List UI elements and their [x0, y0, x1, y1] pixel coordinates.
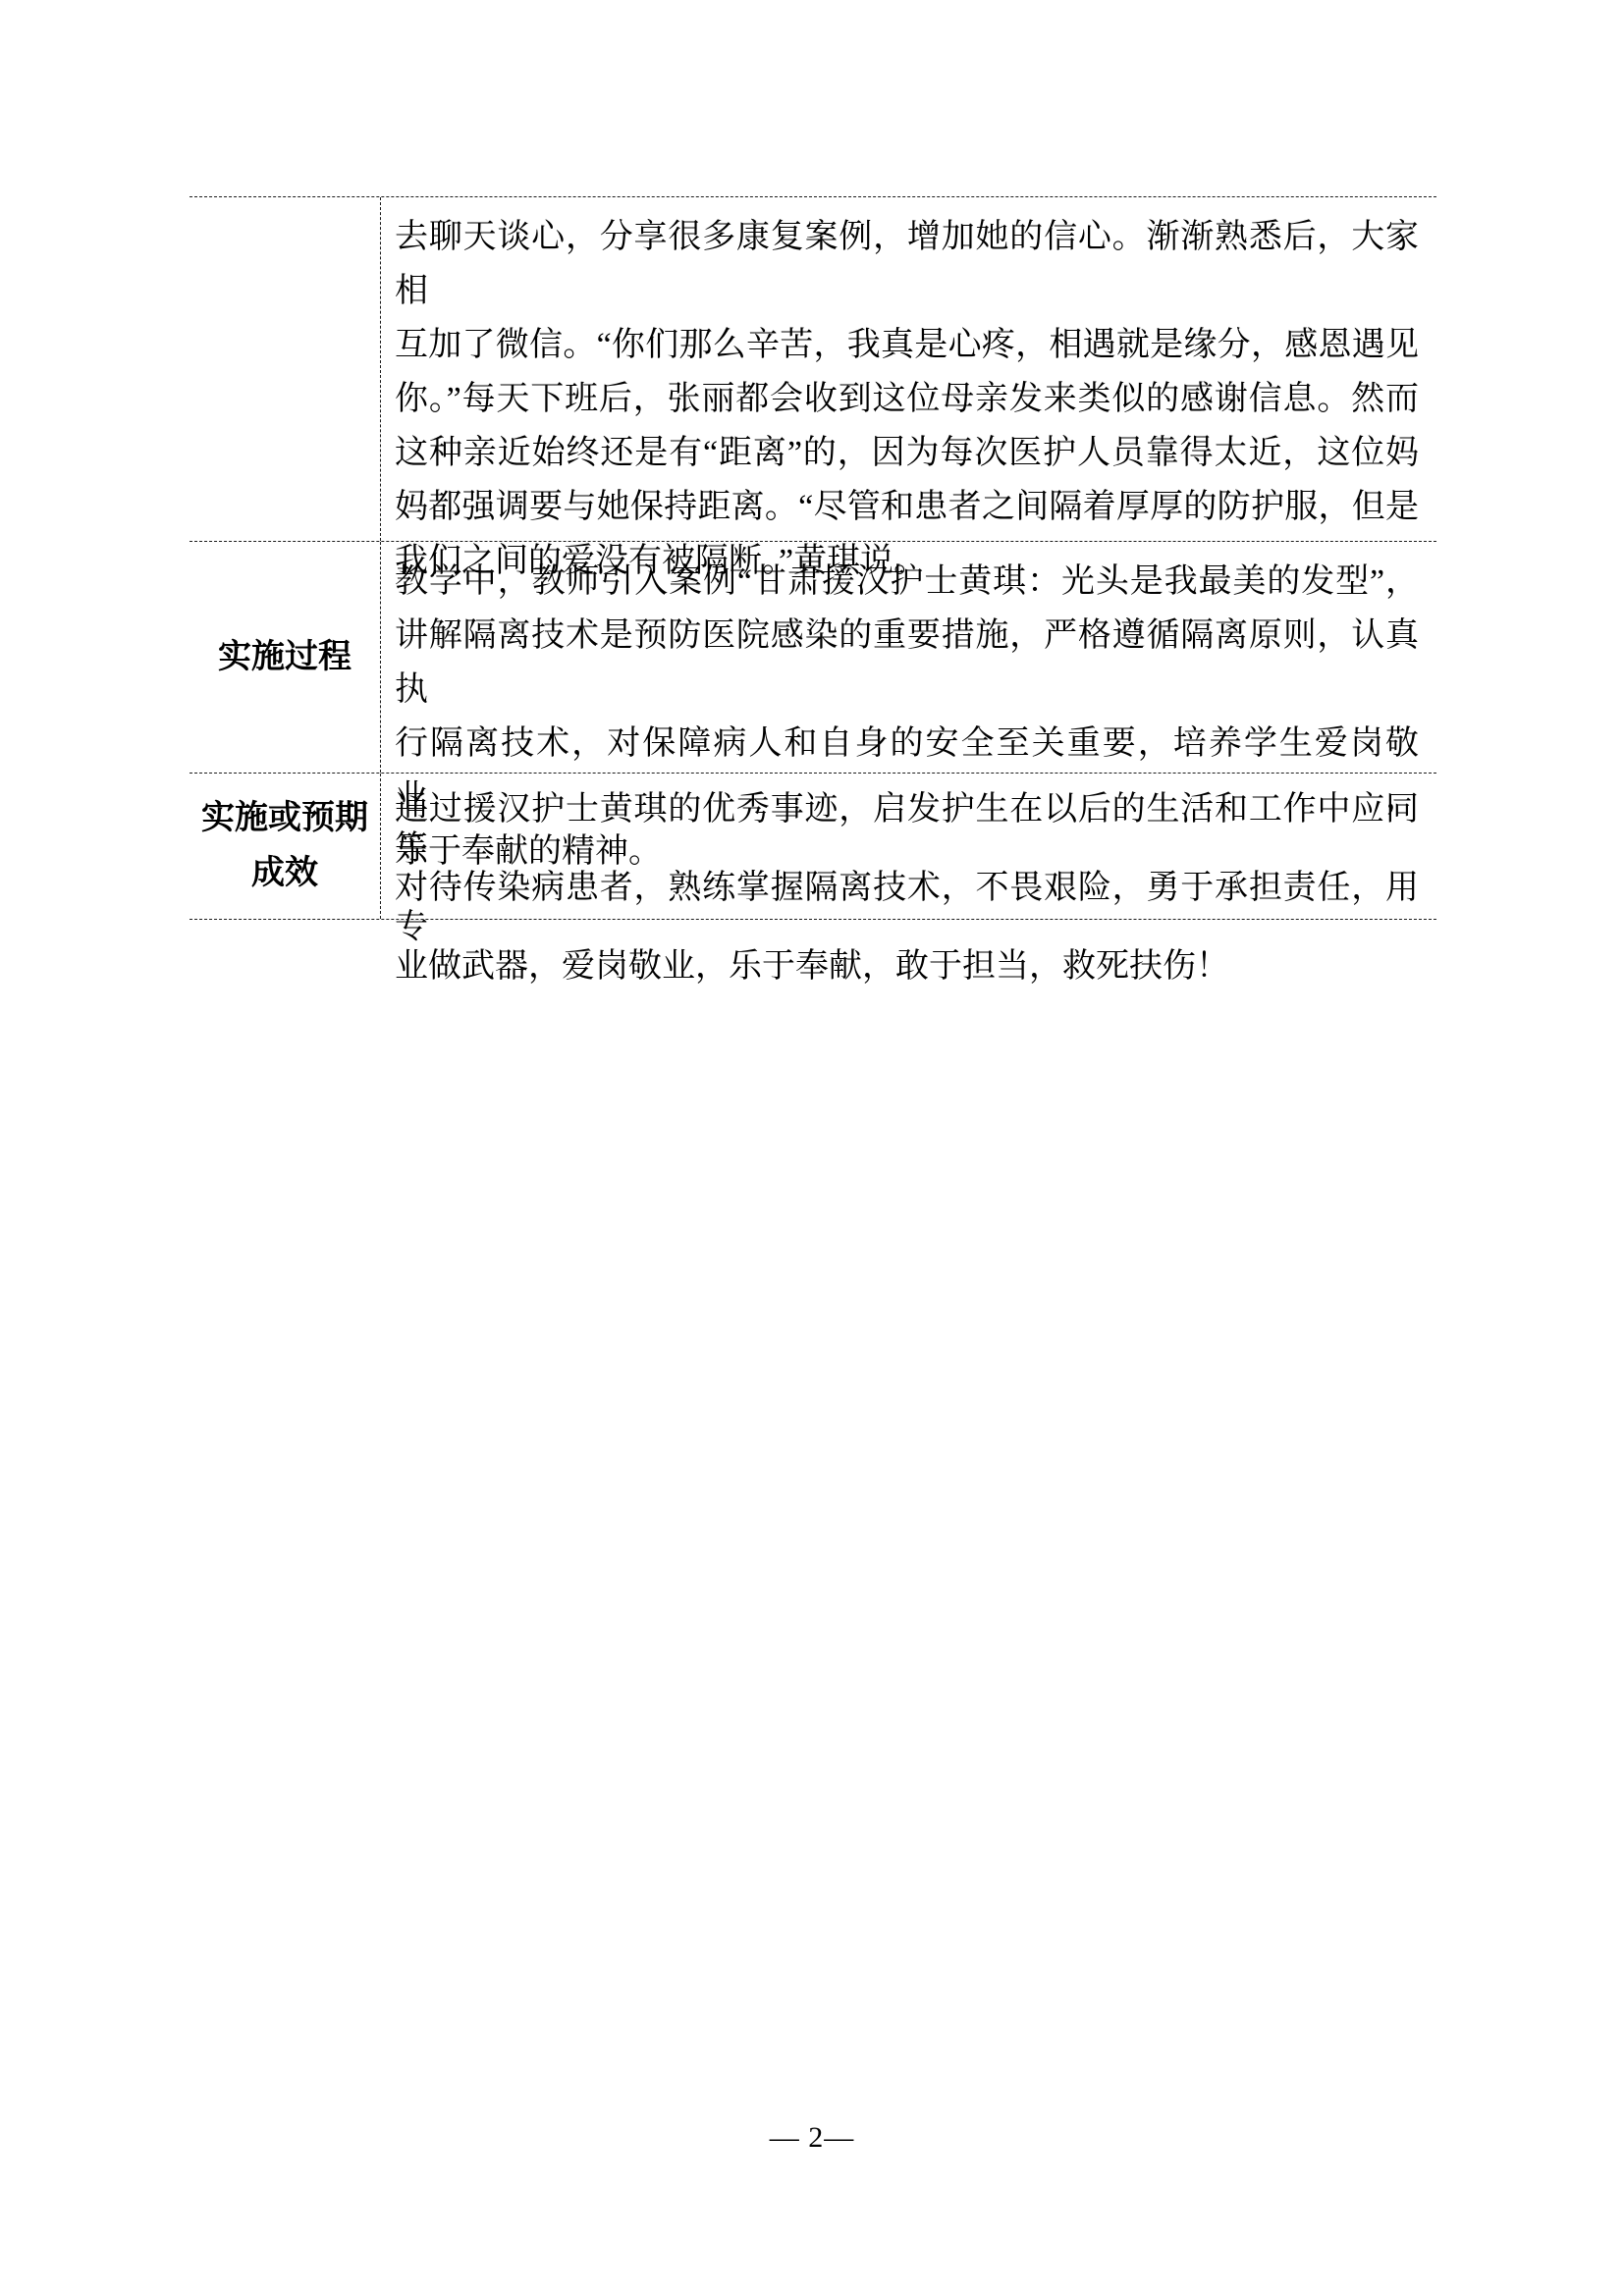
row-label-cell: 实施过程 — [189, 542, 381, 773]
page-number: — 2— — [0, 2118, 1624, 2158]
text-line: 这种亲近始终还是有“距离”的，因为每次医护人员靠得太近，这位妈 — [395, 426, 1419, 480]
table-row-continuation: 去聊天谈心，分享很多康复案例，增加她的信心。渐渐熟悉后，大家相 互加了微信。“你… — [189, 196, 1436, 541]
row-content-cell: 通过援汉护士黄琪的优秀事迹，启发护生在以后的生活和工作中应同等 对待传染病患者，… — [381, 774, 1436, 919]
text-line: 去聊天谈心，分享很多康复案例，增加她的信心。渐渐熟悉后，大家相 — [395, 210, 1419, 318]
text-line: 讲解隔离技术是预防医院感染的重要措施，严格遵循隔离原则，认真执 — [395, 609, 1419, 717]
text-line: 你。”每天下班后，张丽都会收到这位母亲发来类似的感谢信息。然而 — [395, 372, 1419, 426]
row-content-cell: 教学中，教师引入案例“甘肃援汉护士黄琪：光头是我最美的发型”， 讲解隔离技术是预… — [381, 542, 1436, 773]
case-implementation-table: 去聊天谈心，分享很多康复案例，增加她的信心。渐渐熟悉后，大家相 互加了微信。“你… — [189, 196, 1436, 920]
table-row-expected-results: 实施或预期成效 通过援汉护士黄琪的优秀事迹，启发护生在以后的生活和工作中应同等 … — [189, 773, 1436, 920]
text-line: 对待传染病患者，熟练掌握隔离技术，不畏艰险，勇于承担责任，用专 — [395, 869, 1419, 947]
text-line: 妈都强调要与她保持距离。“尽管和患者之间隔着厚厚的防护服，但是 — [395, 480, 1419, 534]
row-label-cell: 实施或预期成效 — [189, 774, 381, 919]
row-label-cell-empty — [189, 197, 381, 541]
table-row-implementation-process: 实施过程 教学中，教师引入案例“甘肃援汉护士黄琪：光头是我最美的发型”， 讲解隔… — [189, 541, 1436, 773]
text-line: 业做武器，爱岗敬业，乐于奉献，敢于担当，救死扶伤！ — [395, 947, 1419, 987]
text-line: 通过援汉护士黄琪的优秀事迹，启发护生在以后的生活和工作中应同等 — [395, 790, 1419, 869]
row-content-cell: 去聊天谈心，分享很多康复案例，增加她的信心。渐渐熟悉后，大家相 互加了微信。“你… — [381, 197, 1436, 541]
text-line: 互加了微信。“你们那么辛苦，我真是心疼，相遇就是缘分，感恩遇见 — [395, 318, 1419, 372]
text-line: 教学中，教师引入案例“甘肃援汉护士黄琪：光头是我最美的发型”， — [395, 555, 1419, 609]
